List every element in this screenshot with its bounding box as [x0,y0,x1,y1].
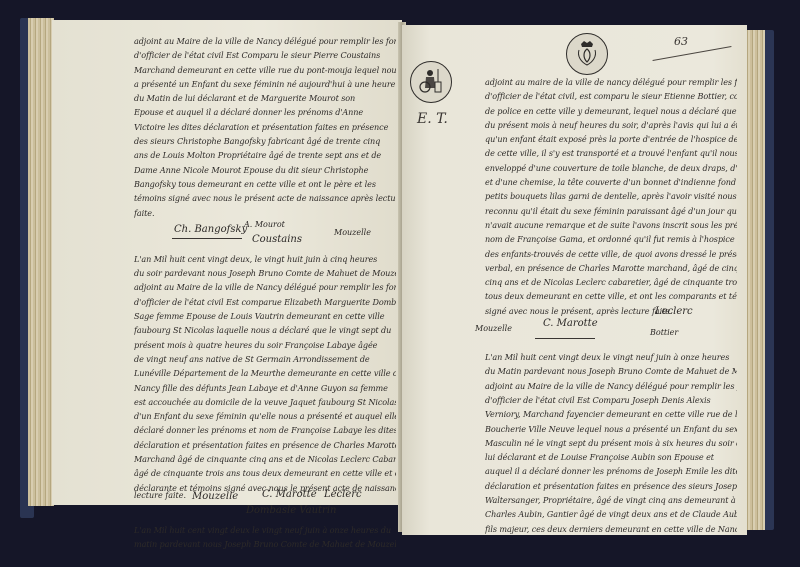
text-line: nom de Françoise Gama, et ordonné qu'il … [485,232,737,246]
text-line: auquel il a déclaré donner les prénoms d… [485,464,737,478]
text-line: adjoint au Maire de la ville de Nancy dé… [134,34,396,48]
text-line: matin pardevant nous Joseph Bruno Comte … [134,537,396,551]
signature: Dombasle Vautrin [246,505,336,516]
text-line: déclaration et présentation faites en pr… [134,438,396,452]
text-line: des sieurs Christophe Bangofsky fabrican… [134,134,396,148]
text-line: n'avait aucune remarque et de suite l'av… [485,218,737,232]
text-line: qu'un enfant était exposé près la porte … [485,132,737,146]
text-line: du Matin pardevant nous Joseph Bruno Com… [485,364,737,378]
text-line: Sage femme Epouse de Louis Vautrin demeu… [134,309,396,323]
text-line: tous deux demeurant en cette ville, et o… [485,289,737,303]
text-line: lui déclarant et de Louise Françoise Aub… [485,450,737,464]
minerva-stamp-icon [410,61,452,103]
text-line: du présent mois à neuf heures du soir, d… [485,118,737,132]
text-line: est accouchée au domicile de la veuve Ja… [134,395,396,409]
text-line: présent mois à quatre heures du soir Fra… [134,338,396,352]
text-line: déclaré donner les prénoms et nom de Fra… [134,423,396,437]
text-line: Epouse et auquel il a déclaré donner les… [134,105,396,119]
text-line: Dame Anne Nicole Mourot Epouse du dit si… [134,163,396,177]
page-edges-right [745,30,765,530]
text-line: verbal, en présence de Charles Marotte m… [485,261,737,275]
signature-flourish [172,238,242,239]
text-line: fils majeur, ces deux derniers demeurant… [485,522,737,536]
text-line: d'un Enfant du sexe féminin qu'elle nous… [134,409,396,423]
text-line: reconnu qu'il était du sexe féminin para… [485,204,737,218]
text-line: adjoint au Maire de la ville de Nancy dé… [485,379,737,393]
text-line: des enfants-trouvés de cette ville, de q… [485,247,737,261]
text-line: Masculin né le vingt sept du présent moi… [485,436,737,450]
text-line: d'officier de l'état civil Est Comparu J… [485,393,737,407]
fleur-de-lis-icon [575,40,599,68]
right-page: E. T. 63 adjoint au maire de la ville de… [402,25,747,535]
signature: C. Marotte [262,489,317,500]
text-line: de cette ville, il s'y est transporté et… [485,146,737,160]
signature: Leclerc [655,306,693,317]
folio-flourish [653,46,732,61]
text-line: signé avec nous le présent, après lectur… [485,304,737,318]
text-line: Lunéville Département de la Meurthe deme… [134,366,396,380]
text-line: enveloppé d'une couverture de toile blan… [485,161,737,175]
signature-block: lecture faite. Mouzelle C. Marotte Lecle… [134,495,396,523]
text-line: L'an Mil huit cent vingt deux le vingt n… [485,350,737,364]
margin-annotation: E. T. [417,111,448,127]
signature-block: Mouzelle C. Marotte Leclerc Bottier [485,318,737,350]
text-line: déclaration et présentation faites en pr… [485,479,737,493]
text-line: Marchand demeurant en cette ville rue du… [134,63,396,77]
signature: Ch. Bangofsky [174,224,247,235]
signature: Mouzelle [334,228,371,237]
text-line: L'an Mil huit cent vingt deux le vingt n… [134,523,396,537]
crown-stamp-icon [566,33,608,75]
signature-block: Ch. Bangofsky A. Mourot Coustains Mouzel… [134,220,396,252]
text-line: d'officier de l'état civil Est comparue … [134,295,396,309]
seated-figure-icon [419,68,443,96]
text-line: du Matin de lui déclarant et de Margueri… [134,91,396,105]
signature: Mouzelle [192,491,238,502]
text-line: faite. [134,206,396,220]
text-line: Victoire les dites déclaration et présen… [134,120,396,134]
text-line: témoins signé avec nous le présent acte … [134,191,396,205]
text-line: adjoint au maire de la ville de nancy dé… [485,75,737,89]
text-line: Verniory, Marchand fayencier demeurant e… [485,407,737,421]
signature: Bottier [650,328,678,337]
text-line: d'officier de l'état civil Est Comparu l… [134,48,396,62]
text-line: de police en cette ville y demeurant, le… [485,104,737,118]
text-line: Charles Aubin, Gantier âgé de vingt deux… [485,507,737,521]
text-line: du soir pardevant nous Joseph Bruno Comt… [134,266,396,280]
text-line: faubourg St Nicolas laquelle nous a décl… [134,323,396,337]
text-line: adjoint au Maire de la ville de Nancy dé… [134,280,396,294]
text-line: Nancy fille des défunts Jean Labaye et d… [134,381,396,395]
text-line: Boucherie Ville Neuve lequel nous a prés… [485,422,737,436]
text-line: et d'une chemise, la tête couverte d'un … [485,175,737,189]
folio-number: 63 [674,35,688,48]
page-edges-left [28,18,54,506]
text-line: cinq ans et de Nicolas Leclerc cabaretie… [485,275,737,289]
signature: Leclerc [324,489,362,500]
text-line: a présenté un Enfant du sexe féminin né … [134,77,396,91]
left-page-text: adjoint au Maire de la ville de Nancy dé… [134,34,396,552]
text-line: Waltersanger, Propriétaire, âgé de vingt… [485,493,737,507]
text-line: ans de Louis Molton Propriétaire âgé de … [134,148,396,162]
text-line: petits bouquets lilas garni de dentelle,… [485,189,737,203]
left-page: adjoint au Maire de la ville de Nancy dé… [52,20,402,505]
text-line: âgé de cinquante trois ans tous deux dem… [134,466,396,480]
signature-flourish [535,338,595,339]
right-page-text: adjoint au maire de la ville de nancy dé… [485,75,737,536]
signature: Mouzelle [475,324,512,333]
signature: Coustains [252,234,302,245]
text-line: Bangofsky tous demeurant en cette ville … [134,177,396,191]
text-line: de vingt neuf ans native de St Germain A… [134,352,396,366]
signature: C. Marotte [543,318,598,329]
text-line: Marchand âgé de cinquante cinq ans et de… [134,452,396,466]
text-line: d'officier de l'état civil, est comparu … [485,89,737,103]
signature: A. Mourot [244,220,285,229]
open-register-book: adjoint au Maire de la ville de Nancy dé… [0,0,800,567]
text-line: lecture faite. [134,491,186,500]
text-line: L'an Mil huit cent vingt deux, le vingt … [134,252,396,266]
